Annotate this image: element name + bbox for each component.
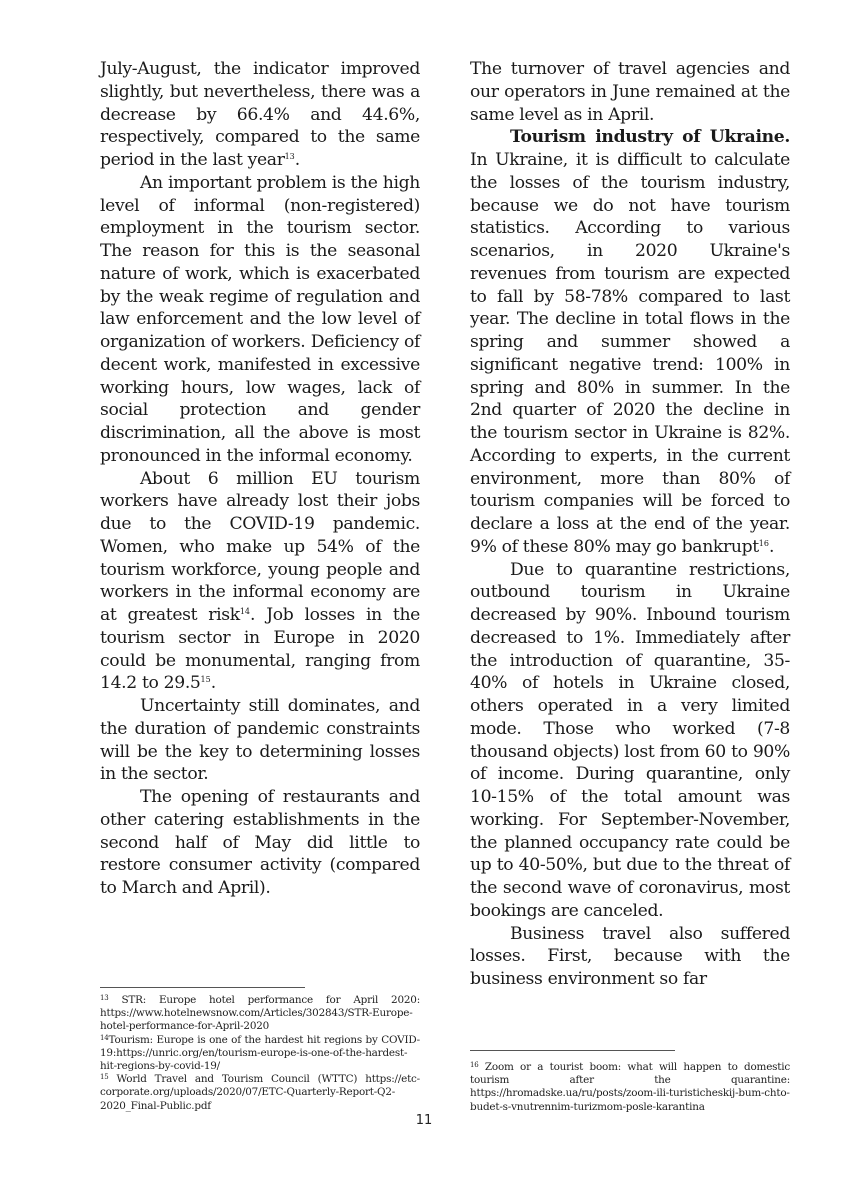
paragraph-business-travel: Business travel also suffered losses. Fi… — [470, 923, 790, 991]
right-column: The turnover of travel agencies and our … — [470, 58, 790, 991]
paragraph-informal-employment: An important problem is the high level o… — [100, 172, 420, 468]
footnote-text: Zoom or a tourist boom: what will happen… — [470, 1061, 790, 1113]
footnote-ref-14[interactable]: 14 — [240, 607, 250, 616]
footnote-text: World Travel and Tourism Council (WTTC) … — [100, 1073, 420, 1111]
left-column: July-August, the indicator improved slig… — [100, 58, 420, 900]
paragraph-eu-workers: About 6 million EU tourism workers have … — [100, 468, 420, 696]
paragraph-text: An important problem is the high level o… — [100, 173, 420, 466]
paragraph-text: The turnover of travel agencies and our … — [470, 59, 790, 125]
paragraph-text: July-August, the indicator improved slig… — [100, 59, 420, 170]
paragraph-turnover: The turnover of travel agencies and our … — [470, 58, 790, 126]
footnote-separator-left — [100, 987, 305, 988]
footnote-ref-13[interactable]: 13 — [285, 152, 295, 161]
paragraph-text: In Ukraine, it is difficult to calculate… — [470, 150, 790, 557]
footnote-14: 14Tourism: Europe is one of the hardest … — [100, 1034, 420, 1074]
footnote-number: 13 — [100, 994, 109, 1002]
footnote-13: 13 STR: Europe hotel performance for Apr… — [100, 994, 420, 1034]
paragraph-uncertainty: Uncertainty still dominates, and the dur… — [100, 695, 420, 786]
footnotes-right: 16 Zoom or a tourist boom: what will hap… — [470, 1061, 790, 1114]
paragraph-quarantine: Due to quarantine restrictions, outbound… — [470, 559, 790, 923]
paragraph-text: The opening of restaurants and other cat… — [100, 787, 420, 898]
paragraph-text: About 6 million EU tourism workers have … — [100, 469, 420, 626]
footnote-separator-right — [470, 1050, 675, 1051]
footnote-ref-16[interactable]: 16 — [759, 539, 769, 548]
paragraph-restaurants: The opening of restaurants and other cat… — [100, 786, 420, 900]
paragraph-text-end: . — [769, 537, 774, 557]
footnote-text: STR: Europe hotel performance for April … — [100, 994, 420, 1032]
paragraph-text-end: . — [295, 150, 300, 170]
paragraph-text: Business travel also suffered losses. Fi… — [470, 924, 790, 990]
footnote-ref-15[interactable]: 15 — [201, 675, 211, 684]
paragraph-tourism-industry-ukraine: Tourism industry of Ukraine. In Ukraine,… — [470, 126, 790, 558]
paragraph-text: Uncertainty still dominates, and the dur… — [100, 696, 420, 784]
section-heading: Tourism industry of Ukraine. — [510, 127, 790, 147]
footnote-16: 16 Zoom or a tourist boom: what will hap… — [470, 1061, 790, 1114]
footnote-15: 15 World Travel and Tourism Council (WTT… — [100, 1073, 420, 1113]
footnote-number: 15 — [100, 1073, 109, 1081]
paragraph-july-august: July-August, the indicator improved slig… — [100, 58, 420, 172]
footnote-text: Tourism: Europe is one of the hardest hi… — [100, 1034, 420, 1072]
footnote-number: 16 — [470, 1061, 479, 1069]
paragraph-text-end: . — [211, 673, 216, 693]
paragraph-text: Due to quarantine restrictions, outbound… — [470, 560, 790, 921]
document-page: July-August, the indicator improved slig… — [0, 0, 848, 1200]
page-number: 11 — [0, 1113, 848, 1128]
footnote-number: 14 — [100, 1034, 109, 1042]
footnotes-left: 13 STR: Europe hotel performance for Apr… — [100, 994, 420, 1113]
